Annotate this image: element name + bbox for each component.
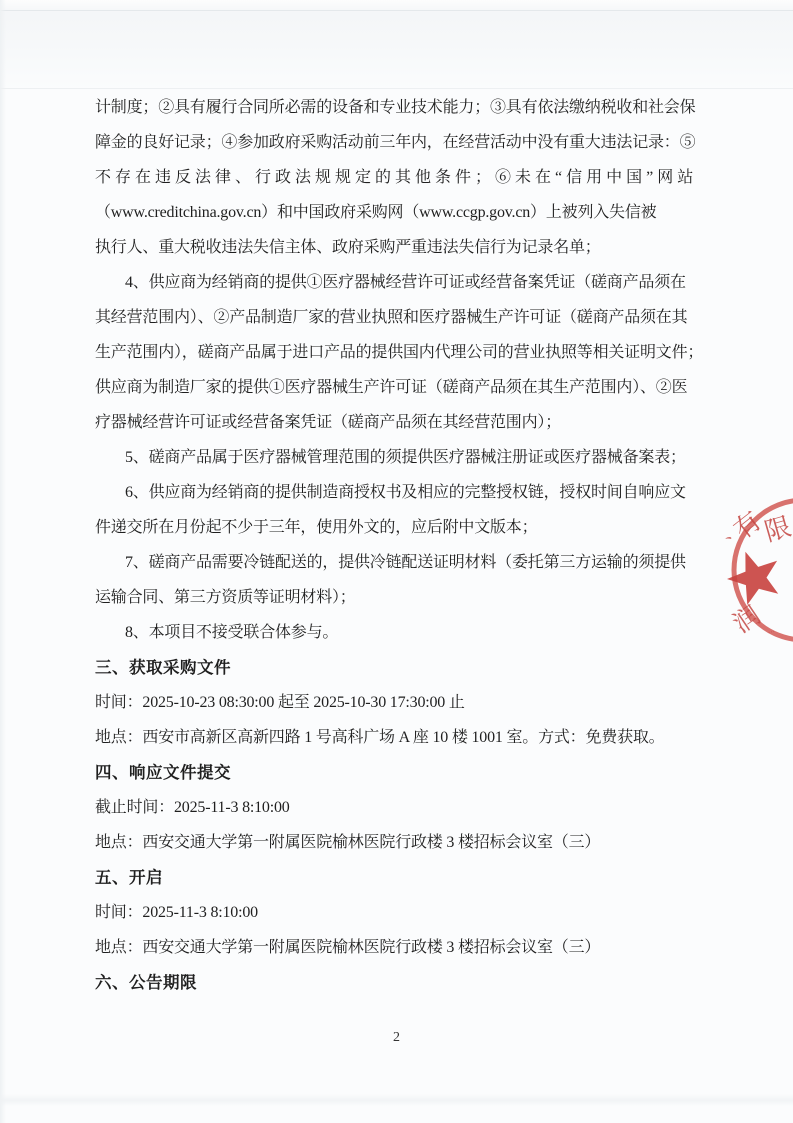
text-line-location: 地点：西安交通大学第一附属医院榆林医院行政楼 3 楼招标会议室（三） <box>95 930 715 965</box>
text-line: 障金的良好记录；④参加政府采购活动前三年内，在经营活动中没有重大违法记录：⑤ <box>95 125 715 160</box>
text-line: 其经营范围内）、②产品制造厂家的营业执照和医疗器械生产许可证（磋商产品须在其 <box>95 300 715 335</box>
section-heading-3-obtain-documents: 三、获取采购文件 <box>95 650 715 685</box>
text-line: 供应商为制造厂家的提供①医疗器械生产许可证（磋商产品须在其生产范围内）、②医 <box>95 370 715 405</box>
scan-hairline <box>0 88 793 89</box>
text-line: 运输合同、第三方资质等证明材料）； <box>95 580 715 615</box>
scan-shading-top <box>0 0 793 90</box>
text-line: 不存在违反法律、行政法规规定的其他条件；⑥未在“信用中国”网站 <box>95 160 715 195</box>
text-line: 执行人、重大税收违法失信主体、政府采购严重违法失信行为记录名单； <box>95 230 715 265</box>
text-line: （www.creditchina.gov.cn）和中国政府采购网（www.ccg… <box>95 195 715 230</box>
scan-shading-bottom <box>0 1094 793 1106</box>
text-line-item-6: 6、供应商为经销商的提供制造商授权书及相应的完整授权链，授权时间自响应文 <box>95 475 715 510</box>
text-line: 件递交所在月份起不少于三年，使用外文的，应后附中文版本； <box>95 510 715 545</box>
text-line: 疗器械经营许可证或经营备案凭证（磋商产品须在其经营范围内）； <box>95 405 715 440</box>
text-line: 计制度；②具有履行合同所必需的设备和专业技术能力；③具有依法缴纳税收和社会保 <box>95 90 715 125</box>
seal-tiny-marks: ⋯ <box>767 627 776 636</box>
text-line-deadline: 截止时间：2025-11-3 8:10:00 <box>95 790 715 825</box>
text-line-item-7: 7、磋商产品需要冷链配送的，提供冷链配送证明材料（委托第三方运输的须提供 <box>95 545 715 580</box>
text-line-item-4: 4、供应商为经销商的提供①医疗器械经营许可证或经营备案凭证（磋商产品须在 <box>95 265 715 300</box>
company-seal-stamp: 、 有 限 润 ⋯ <box>722 494 793 654</box>
document-page-body: 计制度；②具有履行合同所必需的设备和专业技术能力；③具有依法缴纳税收和社会保 障… <box>95 90 715 1000</box>
section-heading-6-announcement-period: 六、公告期限 <box>95 965 715 1000</box>
section-heading-5-opening: 五、开启 <box>95 860 715 895</box>
seal-char-run: 润 <box>728 600 766 639</box>
text-line: 生产范围内），磋商产品属于进口产品的提供国内代理公司的营业执照等相关证明文件； <box>95 335 715 370</box>
scan-hairline <box>0 10 793 11</box>
text-line-location: 地点：西安市高新区高新四路 1 号高科广场 A 座 10 楼 1001 室。方式… <box>95 720 715 755</box>
seal-char-xian: 限 <box>761 512 793 547</box>
text-line-item-5: 5、磋商产品属于医疗器械管理范围的须提供医疗器械注册证或医疗器械备案表； <box>95 440 715 475</box>
text-line-item-8: 8、本项目不接受联合体参与。 <box>95 615 715 650</box>
page-number: 2 <box>0 1030 793 1046</box>
text-line-time: 时间：2025-10-23 08:30:00 起至 2025-10-30 17:… <box>95 685 715 720</box>
scan-shading-left <box>0 0 6 1123</box>
section-heading-4-response-submission: 四、响应文件提交 <box>95 755 715 790</box>
text-line-time: 时间：2025-11-3 8:10:00 <box>95 895 715 930</box>
text-line-location: 地点：西安交通大学第一附属医院榆林医院行政楼 3 楼招标会议室（三） <box>95 825 715 860</box>
